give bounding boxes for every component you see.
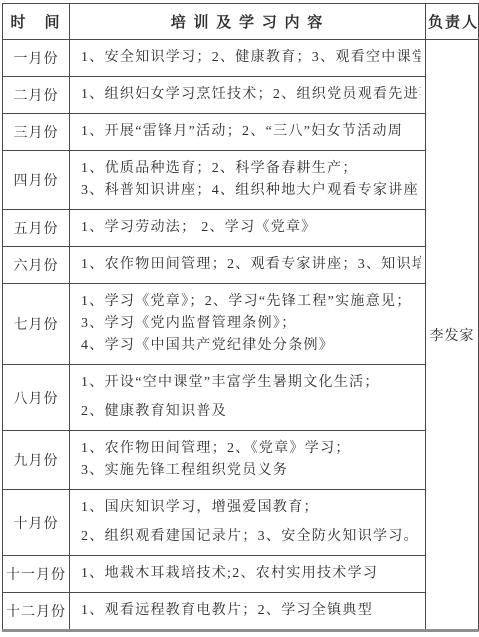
header-content: 培 训 及 学 习 内 容	[70, 4, 426, 40]
content-cell: 1、安全知识学习；2、健康教育；3、观看空中课堂节目	[70, 40, 426, 77]
table-row: 十二月份 1、观看远程教育电教片；2、学习全镇典型	[3, 593, 479, 631]
header-responsible: 负责人	[426, 4, 479, 40]
table-row: 二月份 1、组织妇女学习烹饪技术；2、组织党员观看先进事迹	[3, 77, 479, 114]
table-row: 一月份 1、安全知识学习；2、健康教育；3、观看空中课堂节目 李发家	[3, 40, 479, 77]
table-body: 一月份 1、安全知识学习；2、健康教育；3、观看空中课堂节目 李发家 二月份 1…	[3, 40, 479, 631]
content-line: 1、农作物田间管理；2、《党章》学习；	[81, 438, 421, 460]
content-line: 3、科普知识讲座；4、组织种地大户观看专家讲座	[81, 180, 421, 202]
table-row: 七月份 1、学习《党章》；2、学习“先锋工程”实施意见；3、学习《党内监督管理条…	[3, 284, 479, 365]
content-line: 3、学习《党内监督管理条例》；	[81, 313, 421, 335]
month-cell: 十月份	[3, 490, 70, 556]
content-cell: 1、农作物田间管理；2、观看专家讲座；3、知识培训	[70, 247, 426, 284]
content-cell: 1、学习劳动法； 2、学习《党章》	[70, 210, 426, 247]
table-row: 十月份 1、国庆知识学习，增强爱国教育；2、组织观看建国记录片；3、安全防火知识…	[3, 490, 479, 556]
header-time: 时 间	[3, 4, 70, 40]
table-row: 五月份 1、学习劳动法； 2、学习《党章》	[3, 210, 479, 247]
content-cell: 1、组织妇女学习烹饪技术；2、组织党员观看先进事迹	[70, 77, 426, 114]
table-row: 十一月份 1、地栽木耳栽培技术;2、农村实用技术学习	[3, 556, 479, 593]
content-line: 1、农作物田间管理；2、观看专家讲座；3、知识培训	[81, 254, 421, 276]
month-cell: 十一月份	[3, 556, 70, 593]
content-line: 1、优质品种选育；2、科学备春耕生产；	[81, 158, 421, 180]
month-cell: 五月份	[3, 210, 70, 247]
header-row: 时 间 培 训 及 学 习 内 容 负责人	[3, 4, 479, 40]
content-line: 4、学习《中国共产党纪律处分条例》	[81, 335, 421, 357]
month-cell: 七月份	[3, 284, 70, 365]
schedule-table: 时 间 培 训 及 学 习 内 容 负责人 一月份 1、安全知识学习；2、健康教…	[2, 3, 479, 632]
content-cell: 1、优质品种选育；2、科学备春耕生产；3、科普知识讲座；4、组织种地大户观看专家…	[70, 151, 426, 210]
content-line: 1、学习《党章》；2、学习“先锋工程”实施意见；	[81, 291, 421, 313]
content-line: 2、健康教育知识普及	[81, 401, 421, 423]
month-cell: 二月份	[3, 77, 70, 114]
month-cell: 一月份	[3, 40, 70, 77]
content-line: 1、观看远程教育电教片；2、学习全镇典型	[81, 600, 421, 622]
content-line: 3、实施先锋工程组织党员义务	[81, 460, 421, 482]
month-cell: 八月份	[3, 365, 70, 431]
content-line: 1、学习劳动法； 2、学习《党章》	[81, 217, 421, 239]
month-cell: 三月份	[3, 114, 70, 151]
responsible-cell: 李发家	[426, 40, 479, 631]
content-line: 1、组织妇女学习烹饪技术；2、组织党员观看先进事迹	[81, 84, 421, 106]
content-cell: 1、国庆知识学习，增强爱国教育；2、组织观看建国记录片；3、安全防火知识学习。	[70, 490, 426, 556]
month-cell: 四月份	[3, 151, 70, 210]
content-line: 1、安全知识学习；2、健康教育；3、观看空中课堂节目	[81, 47, 421, 69]
content-cell: 1、农作物田间管理；2、《党章》学习；3、实施先锋工程组织党员义务	[70, 431, 426, 490]
month-cell: 十二月份	[3, 593, 70, 631]
content-line: 2、组织观看建国记录片；3、安全防火知识学习。	[81, 526, 421, 548]
content-cell: 1、开设“空中课堂”丰富学生暑期文化生活；2、健康教育知识普及	[70, 365, 426, 431]
table-row: 九月份 1、农作物田间管理；2、《党章》学习；3、实施先锋工程组织党员义务	[3, 431, 479, 490]
content-line: 1、地栽木耳栽培技术;2、农村实用技术学习	[81, 563, 421, 585]
month-cell: 九月份	[3, 431, 70, 490]
content-cell: 1、观看远程教育电教片；2、学习全镇典型	[70, 593, 426, 631]
content-line: 1、国庆知识学习，增强爱国教育；	[81, 497, 421, 519]
table-row: 六月份 1、农作物田间管理；2、观看专家讲座；3、知识培训	[3, 247, 479, 284]
table-row: 三月份 1、开展“雷锋月”活动；2、“三八”妇女节活动周	[3, 114, 479, 151]
content-line: 1、开展“雷锋月”活动；2、“三八”妇女节活动周	[81, 121, 421, 143]
content-cell: 1、地栽木耳栽培技术;2、农村实用技术学习	[70, 556, 426, 593]
content-cell: 1、学习《党章》；2、学习“先锋工程”实施意见；3、学习《党内监督管理条例》；4…	[70, 284, 426, 365]
content-cell: 1、开展“雷锋月”活动；2、“三八”妇女节活动周	[70, 114, 426, 151]
month-cell: 六月份	[3, 247, 70, 284]
table-row: 四月份 1、优质品种选育；2、科学备春耕生产；3、科普知识讲座；4、组织种地大户…	[3, 151, 479, 210]
content-line: 1、开设“空中课堂”丰富学生暑期文化生活；	[81, 372, 421, 394]
table-row: 八月份 1、开设“空中课堂”丰富学生暑期文化生活；2、健康教育知识普及	[3, 365, 479, 431]
